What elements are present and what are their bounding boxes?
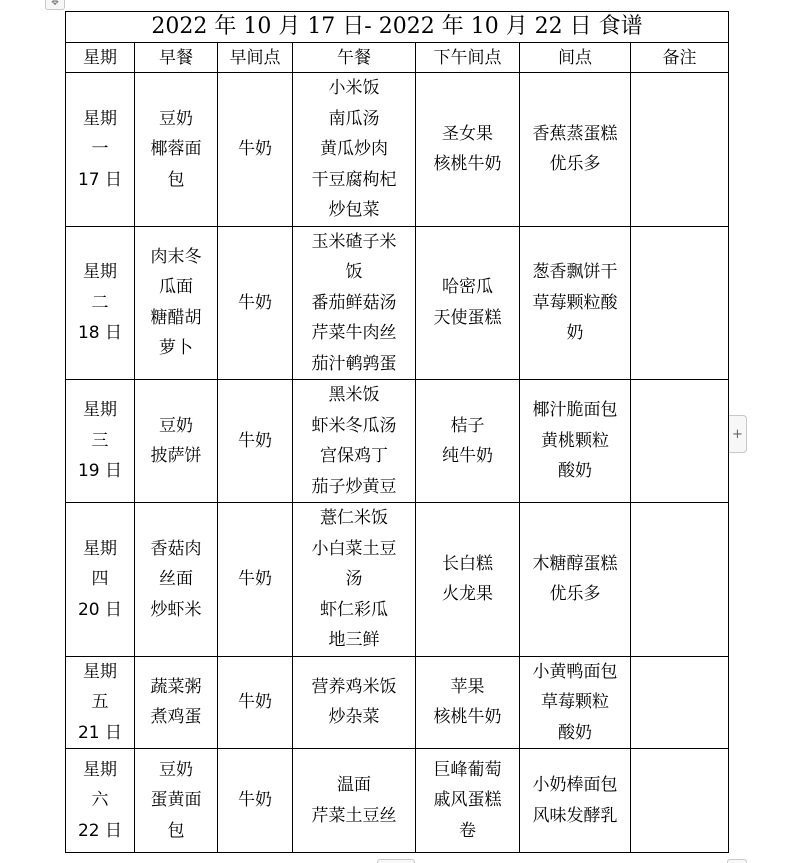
food-item: 圣女果: [420, 119, 515, 150]
cell-breakfast[interactable]: 肉末冬 瓜面 糖醋胡 萝卜: [135, 226, 218, 380]
day-date: 18 日: [70, 318, 130, 349]
cell-notes[interactable]: [631, 226, 729, 380]
food-item: 虾米冬瓜汤: [297, 411, 411, 442]
food-item: 优乐多: [524, 149, 626, 180]
cell-breakfast[interactable]: 豆奶 蛋黄面 包: [135, 749, 218, 853]
food-item: 草莓颗粒酸: [524, 288, 626, 319]
day-label: 星期: [70, 755, 130, 786]
cell-lunch[interactable]: 营养鸡米饭 炒杂菜: [293, 656, 416, 749]
cell-lunch[interactable]: 薏仁米饭 小白菜土豆 汤 虾仁彩瓜 地三鲜: [293, 503, 416, 657]
food-item: 牛奶: [222, 564, 288, 595]
cell-notes[interactable]: [631, 73, 729, 227]
cell-morning-snack[interactable]: 牛奶: [218, 226, 293, 380]
day-date: 22 日: [70, 816, 130, 847]
cell-day[interactable]: 星期 六 22 日: [66, 749, 135, 853]
table-row: 星期 六 22 日 豆奶 蛋黄面 包 牛奶 温面 芹菜土豆丝 巨峰葡萄 戚风蛋糕…: [66, 749, 729, 853]
table-move-handle[interactable]: ✥: [45, 0, 65, 10]
food-item: 蔬菜粥: [139, 672, 213, 703]
food-item: 哈密瓜: [420, 272, 515, 303]
food-item: 牛奶: [222, 426, 288, 457]
food-item: 奶: [524, 318, 626, 349]
food-item: 火龙果: [420, 579, 515, 610]
table-row: 星期 二 18 日 肉末冬 瓜面 糖醋胡 萝卜 牛奶 玉米碴子米 饭 番茄鲜菇汤…: [66, 226, 729, 380]
food-item: 南瓜汤: [297, 104, 411, 135]
cell-snack[interactable]: 椰汁脆面包 黄桃颗粒 酸奶: [520, 380, 631, 503]
food-item: 风味发酵乳: [524, 801, 626, 832]
day-date: 21 日: [70, 718, 130, 749]
food-item: 干豆腐枸杞: [297, 165, 411, 196]
food-item: 萝卜: [139, 333, 213, 364]
move-icon: ✥: [51, 0, 59, 8]
cell-notes[interactable]: [631, 749, 729, 853]
day-label: 星期: [70, 534, 130, 565]
food-item: 豆奶: [139, 104, 213, 135]
food-item: 核桃牛奶: [420, 702, 515, 733]
cell-morning-snack[interactable]: 牛奶: [218, 656, 293, 749]
table-row: 星期 一 17 日 豆奶 椰蓉面 包 牛奶 小米饭 南瓜汤 黄瓜炒肉 干豆腐枸杞…: [66, 73, 729, 227]
food-item: 椰汁脆面包: [524, 395, 626, 426]
cell-afternoon-snack[interactable]: 长白糕 火龙果: [416, 503, 520, 657]
food-item: 茄汁鹌鹑蛋: [297, 349, 411, 380]
food-item: 虾仁彩瓜: [297, 595, 411, 626]
cell-lunch[interactable]: 黑米饭 虾米冬瓜汤 宫保鸡丁 茄子炒黄豆: [293, 380, 416, 503]
day-date: 19 日: [70, 456, 130, 487]
menu-table: 2022 年 10 月 17 日- 2022 年 10 月 22 日 食谱 星期…: [65, 11, 729, 853]
header-notes[interactable]: 备注: [631, 43, 729, 73]
food-item: 肉末冬: [139, 242, 213, 273]
cell-afternoon-snack[interactable]: 苹果 核桃牛奶: [416, 656, 520, 749]
table-row: 星期 五 21 日 蔬菜粥 煮鸡蛋 牛奶 营养鸡米饭 炒杂菜 苹果 核桃牛奶 小…: [66, 656, 729, 749]
cell-afternoon-snack[interactable]: 哈密瓜 天使蛋糕: [416, 226, 520, 380]
cell-day[interactable]: 星期 一 17 日: [66, 73, 135, 227]
food-item: 豆奶: [139, 411, 213, 442]
day-number: 四: [70, 564, 130, 595]
day-label: 星期: [70, 257, 130, 288]
cell-afternoon-snack[interactable]: 巨峰葡萄 戚风蛋糕 卷: [416, 749, 520, 853]
food-item: 戚风蛋糕: [420, 785, 515, 816]
food-item: 薏仁米饭: [297, 503, 411, 534]
food-item: 苹果: [420, 672, 515, 703]
food-item: 蛋黄面: [139, 785, 213, 816]
day-number: 二: [70, 288, 130, 319]
cell-lunch[interactable]: 温面 芹菜土豆丝: [293, 749, 416, 853]
cell-notes[interactable]: [631, 656, 729, 749]
cell-lunch[interactable]: 小米饭 南瓜汤 黄瓜炒肉 干豆腐枸杞 炒包菜: [293, 73, 416, 227]
table-row: 星期 三 19 日 豆奶 披萨饼 牛奶 黑米饭 虾米冬瓜汤 宫保鸡丁 茄子炒黄豆…: [66, 380, 729, 503]
food-item: 炒杂菜: [297, 702, 411, 733]
cell-breakfast[interactable]: 香菇肉 丝面 炒虾米: [135, 503, 218, 657]
day-label: 星期: [70, 104, 130, 135]
food-item: 小黄鸭面包: [524, 657, 626, 688]
day-number: 三: [70, 426, 130, 457]
cell-day[interactable]: 星期 五 21 日: [66, 656, 135, 749]
header-morning-snack[interactable]: 早间点: [218, 43, 293, 73]
food-item: 牛奶: [222, 687, 288, 718]
food-item: 糖醋胡: [139, 303, 213, 334]
cell-notes[interactable]: [631, 503, 729, 657]
food-item: 饭: [297, 257, 411, 288]
food-item: 包: [139, 165, 213, 196]
cell-day[interactable]: 星期 四 20 日: [66, 503, 135, 657]
cell-morning-snack[interactable]: 牛奶: [218, 380, 293, 503]
header-afternoon-snack[interactable]: 下午间点: [416, 43, 520, 73]
food-item: 卷: [420, 816, 515, 847]
cell-morning-snack[interactable]: 牛奶: [218, 73, 293, 227]
day-number: 一: [70, 134, 130, 165]
day-number: 五: [70, 687, 130, 718]
day-label: 星期: [70, 395, 130, 426]
day-number: 六: [70, 785, 130, 816]
food-item: 香菇肉: [139, 534, 213, 565]
food-item: 纯牛奶: [420, 441, 515, 472]
food-item: 玉米碴子米: [297, 227, 411, 258]
header-weekday[interactable]: 星期: [66, 43, 135, 73]
food-item: 番茄鲜菇汤: [297, 288, 411, 319]
food-item: 香蕉蒸蛋糕: [524, 119, 626, 150]
food-item: 牛奶: [222, 785, 288, 816]
header-snack[interactable]: 间点: [520, 43, 631, 73]
cell-afternoon-snack[interactable]: 圣女果 核桃牛奶: [416, 73, 520, 227]
cell-day[interactable]: 星期 二 18 日: [66, 226, 135, 380]
food-item: 黄瓜炒肉: [297, 134, 411, 165]
food-item: 小白菜土豆: [297, 534, 411, 565]
cell-snack[interactable]: 木糖醇蛋糕 优乐多: [520, 503, 631, 657]
header-row: 星期 早餐 早间点 午餐 下午间点 间点 备注: [66, 43, 729, 73]
food-item: 煮鸡蛋: [139, 702, 213, 733]
food-item: 地三鲜: [297, 625, 411, 656]
food-item: 汤: [297, 564, 411, 595]
food-item: 芹菜土豆丝: [297, 801, 411, 832]
food-item: 黄桃颗粒: [524, 426, 626, 457]
table-row: 星期 四 20 日 香菇肉 丝面 炒虾米 牛奶 薏仁米饭 小白菜土豆 汤 虾仁彩…: [66, 503, 729, 657]
food-item: 草莓颗粒: [524, 687, 626, 718]
title-row: 2022 年 10 月 17 日- 2022 年 10 月 22 日 食谱: [66, 12, 729, 43]
food-item: 小米饭: [297, 73, 411, 104]
cell-morning-snack[interactable]: 牛奶: [218, 749, 293, 853]
food-item: 炒虾米: [139, 595, 213, 626]
day-label: 星期: [70, 657, 130, 688]
food-item: 包: [139, 816, 213, 847]
food-item: 长白糕: [420, 549, 515, 580]
add-column-button[interactable]: +: [729, 415, 747, 453]
day-date: 17 日: [70, 165, 130, 196]
food-item: 酸奶: [524, 456, 626, 487]
header-breakfast[interactable]: 早餐: [135, 43, 218, 73]
food-item: 葱香飘饼干: [524, 257, 626, 288]
table-resize-handle[interactable]: [727, 859, 747, 863]
cell-day[interactable]: 星期 三 19 日: [66, 380, 135, 503]
food-item: 小奶棒面包: [524, 770, 626, 801]
food-item: 椰蓉面: [139, 134, 213, 165]
food-item: 优乐多: [524, 579, 626, 610]
food-item: 酸奶: [524, 718, 626, 749]
food-item: 丝面: [139, 564, 213, 595]
food-item: 核桃牛奶: [420, 149, 515, 180]
food-item: 瓜面: [139, 272, 213, 303]
food-item: 桔子: [420, 411, 515, 442]
cell-lunch[interactable]: 玉米碴子米 饭 番茄鲜菇汤 芹菜牛肉丝 茄汁鹌鹑蛋: [293, 226, 416, 380]
food-item: 宫保鸡丁: [297, 441, 411, 472]
food-item: 温面: [297, 770, 411, 801]
food-item: 炒包菜: [297, 195, 411, 226]
add-row-handle[interactable]: [377, 859, 415, 863]
food-item: 木糖醇蛋糕: [524, 549, 626, 580]
food-item: 牛奶: [222, 288, 288, 319]
food-item: 营养鸡米饭: [297, 672, 411, 703]
day-date: 20 日: [70, 595, 130, 626]
document-title[interactable]: 2022 年 10 月 17 日- 2022 年 10 月 22 日 食谱: [66, 12, 729, 43]
food-item: 茄子炒黄豆: [297, 472, 411, 503]
food-item: 巨峰葡萄: [420, 755, 515, 786]
cell-breakfast[interactable]: 蔬菜粥 煮鸡蛋: [135, 656, 218, 749]
cell-snack[interactable]: 香蕉蒸蛋糕 优乐多: [520, 73, 631, 227]
cell-snack[interactable]: 小奶棒面包 风味发酵乳: [520, 749, 631, 853]
cell-afternoon-snack[interactable]: 桔子 纯牛奶: [416, 380, 520, 503]
header-lunch[interactable]: 午餐: [293, 43, 416, 73]
food-item: 牛奶: [222, 134, 288, 165]
food-item: 天使蛋糕: [420, 303, 515, 334]
cell-snack[interactable]: 葱香飘饼干 草莓颗粒酸 奶: [520, 226, 631, 380]
cell-snack[interactable]: 小黄鸭面包 草莓颗粒 酸奶: [520, 656, 631, 749]
food-item: 豆奶: [139, 755, 213, 786]
cell-notes[interactable]: [631, 380, 729, 503]
cell-breakfast[interactable]: 豆奶 椰蓉面 包: [135, 73, 218, 227]
food-item: 披萨饼: [139, 441, 213, 472]
food-item: 芹菜牛肉丝: [297, 318, 411, 349]
cell-morning-snack[interactable]: 牛奶: [218, 503, 293, 657]
food-item: 黑米饭: [297, 380, 411, 411]
cell-breakfast[interactable]: 豆奶 披萨饼: [135, 380, 218, 503]
plus-icon: +: [732, 427, 743, 442]
